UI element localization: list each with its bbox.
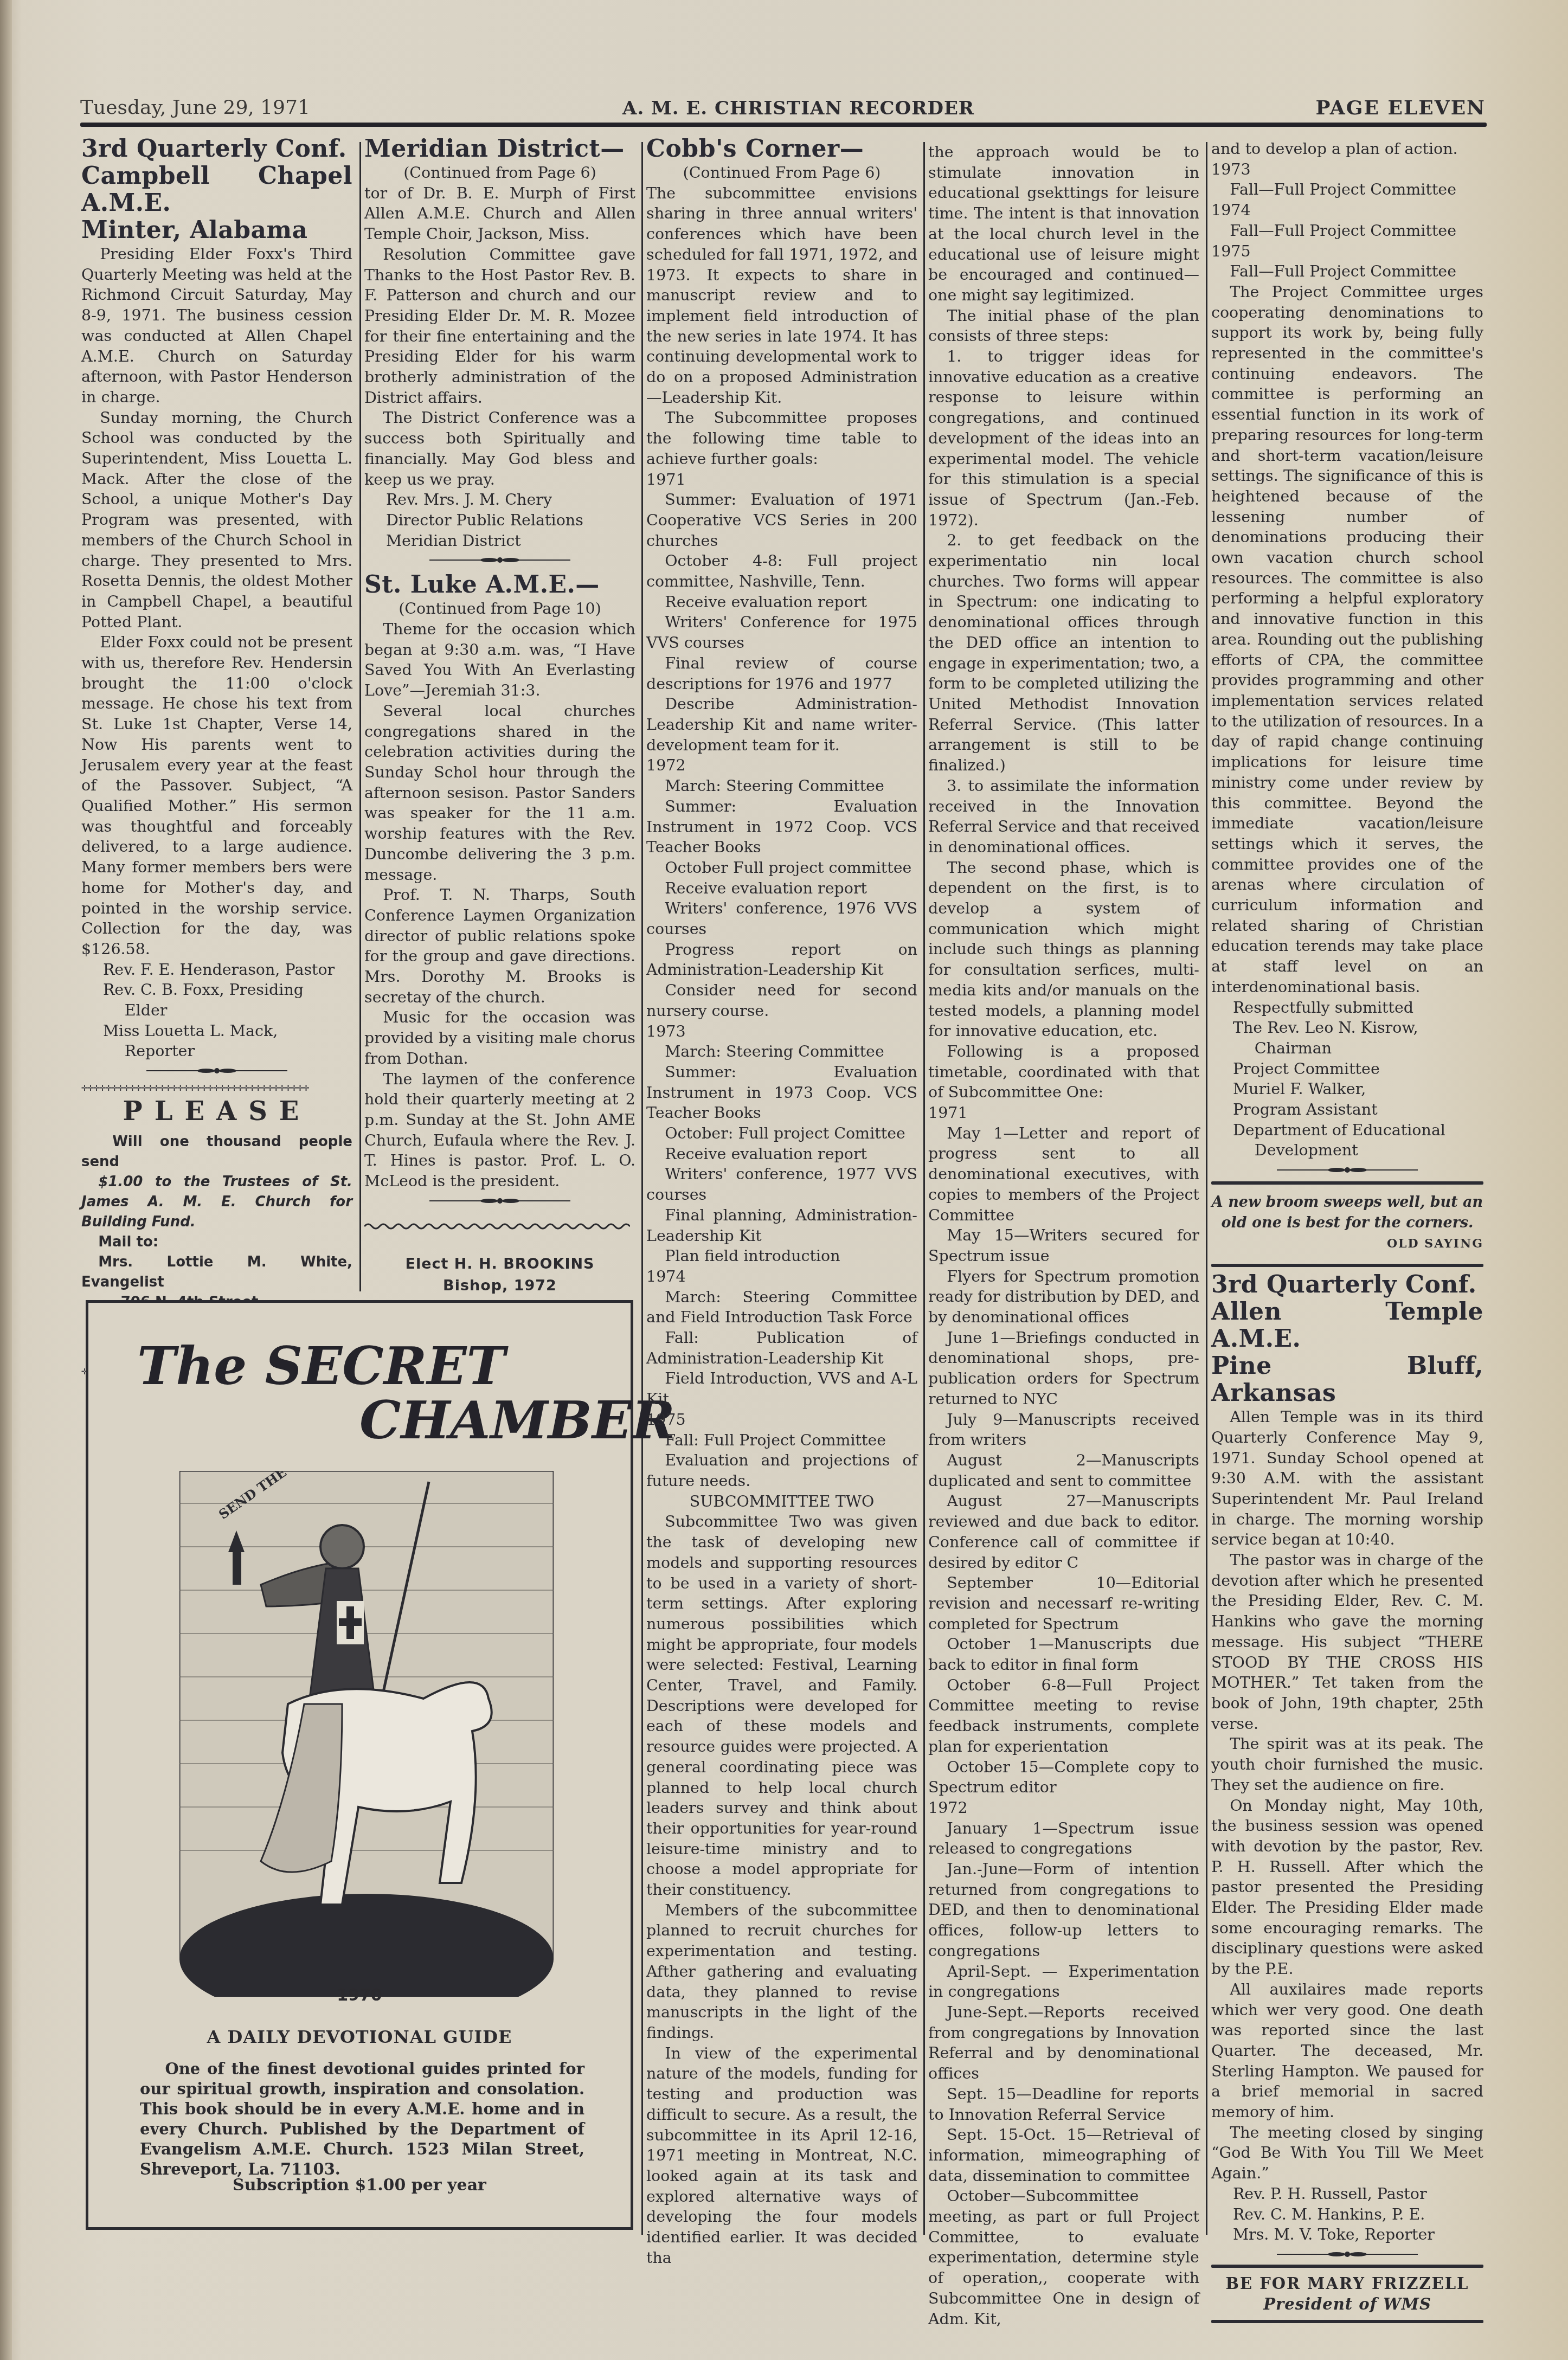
timeline-year: 1971 [928,1103,1199,1123]
article-paragraph: The spirit was at its peak. The youth ch… [1211,1734,1483,1795]
signature-line: Program Assistant [1211,1099,1483,1120]
article-paragraph: October 15—Complete copy to Spectrum edi… [928,1757,1199,1798]
column-divider [641,142,643,2235]
signature-line: Project Committee [1211,1059,1483,1079]
column-1: 3rd Quarterly Conf. Campbell Chapel A.M.… [81,136,352,1377]
page-fold-shadow [0,0,12,2360]
timeline-year: 1974 [1211,200,1483,221]
timeline-year: 1974 [646,1266,917,1287]
article-paragraph: October 6-8—Full Project Committee meeti… [928,1675,1199,1757]
article-paragraph: August 27—Manuscripts reviewed and due b… [928,1491,1199,1573]
article-paragraph: October: Full project Comittee [646,1123,917,1144]
article-paragraph: July 9—Manuscripts received from writers [928,1410,1199,1450]
divider-rule [1211,1181,1483,1185]
continued-note: (Continued from Page 6) [364,163,635,183]
article-paragraph: May 1—Letter and report of progress sent… [928,1123,1199,1226]
section-ornament [429,1197,570,1205]
article-paragraph: Elder Foxx could not be present with us,… [81,632,352,959]
please-line: Will one thousand people send [81,1132,352,1172]
signature-line: Miss Louetta L. Mack, [81,1021,352,1041]
article-paragraph: Fall: Full Project Committee [646,1430,917,1451]
divider-rule [1211,2265,1483,2268]
article-paragraph: The subcommittee envisions sharing in th… [646,183,917,408]
article-paragraph: March: Steering Committee [646,776,917,796]
signature-line: Rev. F. E. Henderason, Pastor [81,960,352,980]
article-paragraph: On Monday night, May 10th, the business … [1211,1796,1483,1979]
signature-line: Department of Educational [1211,1120,1483,1141]
article-paragraph: October Full project committee [646,858,917,878]
page-number: PAGE ELEVEN [1315,97,1486,119]
column-divider [1206,142,1207,2235]
column-5: and to develop a plan of action.1973Fall… [1211,139,1483,2323]
column-4: the approach would be to stimulate innov… [928,142,1199,2329]
section-ornament [429,556,570,564]
timeline-year: 1972 [928,1798,1199,1818]
signature-line: Rev. P. H. Russell, Pastor [1211,2184,1483,2204]
article-paragraph: tor of Dr. B. E. Murph of First Allen A.… [364,183,635,245]
timeline-year: 1971 [646,470,917,490]
column-3: Cobb's Corner— (Continued From Page 6) T… [646,136,917,2268]
signature-line: Muriel F. Walker, [1211,1079,1483,1099]
article-paragraph: Field Introduction, VVS and A-L Kit [646,1368,917,1409]
headline-st-luke: St. Luke A.M.E.— [364,571,635,599]
signature-line: Respectfully submitted [1211,998,1483,1018]
article-paragraph: All auxilaires made reports which wer ve… [1211,1979,1483,2123]
continued-note: (Continued From Page 6) [646,163,917,183]
article-paragraph: The District Conference was a success bo… [364,408,635,490]
wavy-border [364,1221,630,1232]
signature-line: Reporter [81,1041,352,1062]
article-paragraph: Final planning, Administration-Leadershi… [646,1205,917,1246]
article-paragraph: Consider need for second nursery course. [646,980,917,1021]
signature-line: Rev. C. B. Foxx, Presiding [81,980,352,1000]
cross-border: ✛✛✛✛✛✛✛✛✛✛✛✛✛✛✛✛✛✛✛✛✛✛✛✛✛✛✛✛✛✛✛✛✛✛✛✛✛✛ [81,1081,352,1093]
signature-line: Development [1211,1140,1483,1161]
continued-note: (Continued from Page 10) [364,599,635,619]
signature-line: The Rev. Leo N. Kisrow, [1211,1018,1483,1038]
ad-title: The SECRET [137,1335,505,1397]
masthead-rule [80,123,1487,127]
article-paragraph: September 10—Editorial revision and nece… [928,1573,1199,1634]
article-paragraph: Summer: Evaluation Instrument in 1973 Co… [646,1062,917,1123]
subheading: SUBCOMMITTEE TWO [646,1491,917,1512]
article-paragraph: Describe Administration-Leadership Kit a… [646,694,917,755]
timeline-year: 1973 [646,1021,917,1042]
elect-brookins-ad: Elect H. H. BROOKINS Bishop, 1972 [364,1253,635,1297]
issue-date: Tuesday, June 29, 1971 [80,97,310,119]
article-paragraph: Fall: Publication of Administration-Lead… [646,1328,917,1368]
ad-description: One of the finest devotional guides prin… [140,2059,584,2179]
address-line: Mrs. Lottie M. White, Evangelist [81,1252,352,1292]
article-paragraph: The laymen of the conference hold their … [364,1069,635,1192]
newspaper-page: Tuesday, June 29, 1971 A. M. E. CHRISTIA… [0,0,1568,2360]
timeline-year: 1972 [646,755,917,776]
mail-to-label: Mail to: [81,1232,352,1252]
article-paragraph: Music for the occasion was provided by a… [364,1007,635,1069]
article-paragraph: April-Sept. — Experimentation in congreg… [928,1962,1199,2002]
cobbs-corner-conclusion: and to develop a plan of action.1973Fall… [1211,139,1483,998]
article-paragraph: March: Steering Committee [646,1041,917,1062]
article-paragraph: Several local churches congregations sha… [364,701,635,885]
article-paragraph: Summer: Evaluation of 1971 Cooperative V… [646,490,917,551]
old-saying: A new broom sweeps well, but an old one … [1211,1192,1483,1254]
masthead: Tuesday, June 29, 1971 A. M. E. CHRISTIA… [80,97,1486,125]
article-paragraph: Summer: Evaluation Instrument in 1972 Co… [646,796,917,858]
article-paragraph: Following is a proposed timetable, coord… [928,1041,1199,1103]
signature-line: Elder [81,1000,352,1021]
article-paragraph: Jan.-June—Form of intention returned fro… [928,1859,1199,1962]
newspaper-title: A. M. E. CHRISTIAN RECORDER [622,98,974,119]
article-paragraph: Writers' Conference for 1975 VVS courses [646,612,917,653]
timeline-year: 1975 [1211,241,1483,262]
article-paragraph: Fall—Full Project Committee [1211,179,1483,200]
signature-line: Director Public Relations [364,510,635,531]
article-paragraph: Fall—Full Project Committee [1211,261,1483,282]
article-paragraph: The meeting closed by singing “God Be Wi… [1211,2123,1483,2184]
article-paragraph: Members of the subcommittee planned to r… [646,1900,917,2043]
wms-campaign-ad: BE FOR MARY FRIZZELL President of WMS [1211,2273,1483,2314]
article-paragraph: Evaluation and projections of future nee… [646,1450,917,1491]
article-paragraph: In view of the experimental nature of th… [646,2043,917,2268]
article-paragraph: Plan field introduction [646,1246,917,1266]
article-paragraph: Sept. 15-Oct. 15—Retrieval of informatio… [928,2125,1199,2186]
ad-year: 1970 [88,1986,631,2005]
article-paragraph: Theme for the occasion which began at 9:… [364,619,635,701]
article-paragraph: the approach would be to stimulate innov… [928,142,1199,306]
article-paragraph: October—Subcommittee meeting, as part or… [928,2186,1199,2329]
article-paragraph: Writers' conference, 1976 VVS courses [646,898,917,939]
article-paragraph: 3. to assimilate the information receive… [928,776,1199,858]
article-paragraph: Receive evaluation report [646,1144,917,1165]
signature-line: Mrs. M. V. Toke, Reporter [1211,2224,1483,2245]
timeline-year: 1975 [646,1410,917,1430]
article-paragraph: May 15—Writers secured for Spectrum issu… [928,1225,1199,1266]
article-paragraph: March: Steering Committee and Field Intr… [646,1287,917,1328]
article-paragraph: Sunday morning, the Church School was co… [81,408,352,633]
article-paragraph: Prof. T. N. Tharps, South Conference Lay… [364,885,635,1007]
headline-cobbs-corner: Cobb's Corner— [646,136,917,163]
article-paragraph: October 4-8: Full project committee, Nas… [646,551,917,591]
column-2: Meridian District— (Continued from Page … [364,136,635,1324]
section-ornament [1277,1166,1418,1174]
divider-rule [1211,1264,1483,1267]
article-paragraph: and to develop a plan of action. [1211,139,1483,159]
cobbs-corner-body: The subcommittee envisions sharing in th… [646,183,917,2268]
article-paragraph: The second phase, which is dependent on … [928,858,1199,1041]
signature-block: Respectfully submittedThe Rev. Leo N. Ki… [1211,998,1483,1161]
headline-allen-temple: 3rd Quarterly Conf. Allen Temple A.M.E. … [1211,1271,1483,1407]
ad-title: CHAMBER [359,1390,675,1451]
article-paragraph: Subcommittee Two was given the task of d… [646,1512,917,1900]
article-paragraph: October 1—Manuscripts due back to editor… [928,1634,1199,1675]
ad-subscription: Subscription $1.00 per year [88,2176,631,2195]
article-paragraph: The Subcommittee proposes the following … [646,408,917,469]
article-paragraph: Receive evaluation report [646,592,917,613]
signature-line: Rev. C. M. Hankins, P. E. [1211,2204,1483,2225]
article-paragraph: January 1—Spectrum issue released to con… [928,1818,1199,1859]
article-paragraph: June 1—Briefings conducted in denominati… [928,1328,1199,1410]
article-paragraph: Progress report on Administration-Leader… [646,940,917,980]
article-paragraph: Resolution Committee gave Thanks to the … [364,245,635,408]
article-paragraph: 2. to get feedback on the experimentatio… [928,530,1199,775]
timeline-year: 1973 [1211,159,1483,180]
column-divider [359,142,361,1291]
article-paragraph: Final review of course descriptions for … [646,653,917,694]
divider-rule [1211,2320,1483,2323]
article-paragraph: Sept. 15—Deadline for reports to Innovat… [928,2084,1199,2125]
headline-meridian-district: Meridian District— [364,136,635,163]
knight-on-horse-illustration: SEND THE LIGHT [179,1471,554,1997]
ad-guide-title: A DAILY DEVOTIONAL GUIDE [88,2027,631,2047]
headline-campbell-chapel: 3rd Quarterly Conf. Campbell Chapel A.M.… [81,136,352,244]
article-paragraph: Allen Temple was in its third Quarterly … [1211,1407,1483,1550]
signature-line: Chairman [1211,1038,1483,1059]
article-paragraph: Fall—Full Project Committee [1211,221,1483,241]
signature-line: Meridian District [364,531,635,551]
section-ornament [146,1067,287,1075]
article-paragraph: Receive evaluation report [646,878,917,899]
article-paragraph: The Project Committee urges cooperating … [1211,282,1483,998]
article-paragraph: Presiding Elder Foxx's Third Quarterly M… [81,244,352,408]
article-paragraph: The pastor was in charge of the devotion… [1211,1550,1483,1734]
please-line: $1.00 to the Trustees of St. James A. M.… [81,1172,352,1232]
secret-chamber-ad: The SECRET CHAMBER SEND THE LIGHT 1970 A… [86,1300,633,2230]
article-paragraph: Writers' conference, 1977 VVS courses [646,1164,917,1205]
section-ornament [1277,2250,1418,2258]
article-paragraph: 1. to trigger ideas for innovative educa… [928,346,1199,530]
column-divider [923,142,925,2235]
article-paragraph: August 2—Manuscripts duplicated and sent… [928,1450,1199,1491]
article-paragraph: The initial phase of the plan consists o… [928,306,1199,346]
cobbs-corner-continued: the approach would be to stimulate innov… [928,142,1199,2329]
signature-line: Rev. Mrs. J. M. Chery [364,490,635,510]
please-title: PLEASE [81,1102,352,1122]
article-paragraph: June-Sept.—Reports received from congreg… [928,2002,1199,2084]
article-paragraph: Flyers for Spectrum promotion ready for … [928,1266,1199,1328]
